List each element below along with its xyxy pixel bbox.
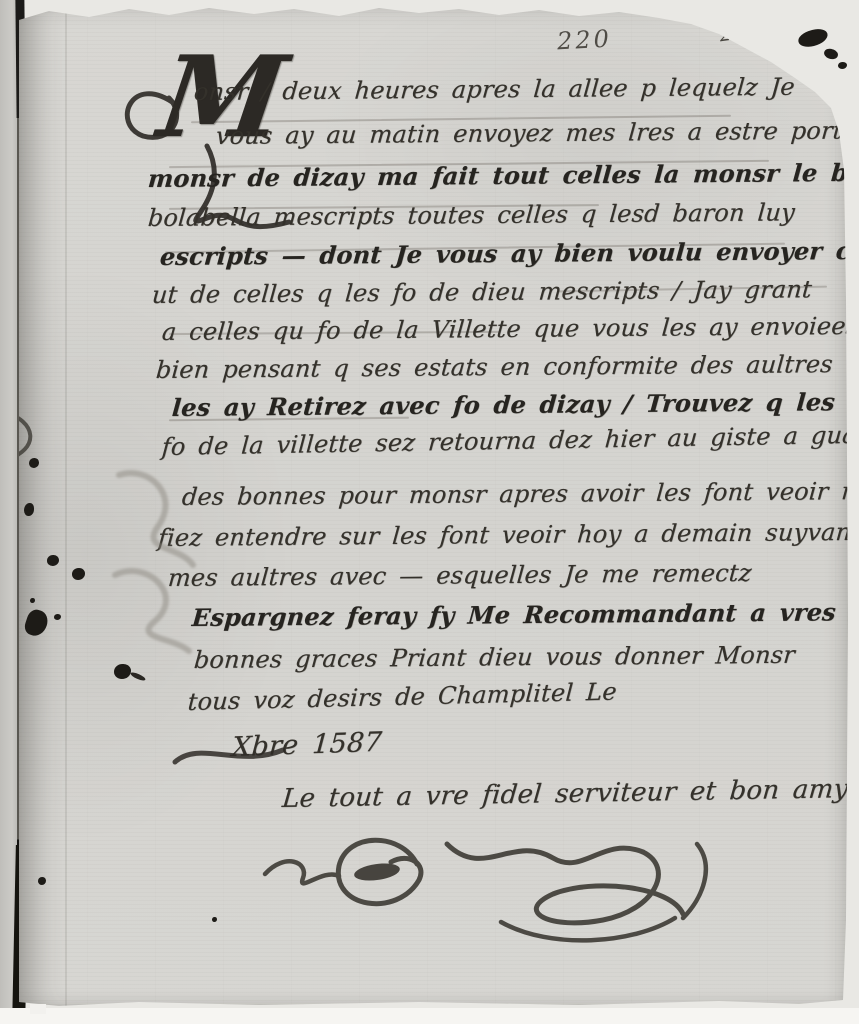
letter-line: mes aultres avec — esquelles Je me remec… <box>167 561 753 590</box>
letter-line: fiez entendre sur les font veoir hoy a d… <box>157 520 859 550</box>
manuscript-scan: 220 2946.57 M onsr / deux heures apres l… <box>0 0 859 1024</box>
gutter-crease <box>65 0 67 1008</box>
paper-notch <box>30 1004 46 1014</box>
letter-line: vous ay au matin envoyez mes lres a estr… <box>215 118 859 148</box>
letter-line: bonnes graces Priant dieu vous donner Mo… <box>193 643 796 672</box>
archival-page-number: 220 <box>556 25 612 56</box>
shelfmark-rest: .57 <box>762 14 798 40</box>
letter-line: ut de celles q les fo de dieu mescripts … <box>151 277 813 307</box>
letter-page: 220 2946.57 M onsr / deux heures apres l… <box>19 0 848 1008</box>
archival-shelfmark: 2946.57 <box>718 13 798 47</box>
letter-line: bien pensant q ses estats en conformite … <box>155 352 859 382</box>
bleedthrough-smudge <box>89 455 209 665</box>
letter-closing: Le tout a vre fidel serviteur et bon amy <box>281 776 849 812</box>
ink-blot <box>823 47 840 61</box>
letter-line: les ay Retirez avec fo de dizay / Trouve… <box>171 390 836 420</box>
letter-line: escripts — dont Je vous ay bien voulu en… <box>159 238 859 269</box>
letter-line: a celles qu fo de la Villette que vous l… <box>161 314 859 344</box>
ink-blot <box>838 62 847 69</box>
letter-line: bolabella mescripts toutes celles q lesd… <box>147 200 796 230</box>
letter-line: tous voz desirs de Champlitel Le <box>187 680 618 714</box>
letter-line: Espargnez feray fy Me Recommandant a vre… <box>191 600 837 630</box>
shelfmark-base: 29 <box>718 21 747 46</box>
shelfmark-superscript: 46 <box>744 17 764 34</box>
letter-line: monsr de dizay ma fait tout celles la mo… <box>147 160 859 191</box>
signature-flourish <box>251 818 811 958</box>
scanner-background <box>0 1008 859 1024</box>
letter-line: onsr / deux heures apres la allee p lequ… <box>193 75 796 104</box>
ink-blot <box>797 27 830 50</box>
letter-line: des bonnes pour monsr apres avoir les fo… <box>181 479 859 509</box>
dateline-flourish <box>169 724 289 784</box>
letter-line: fo de la villette sez retourna dez hier … <box>161 423 859 459</box>
